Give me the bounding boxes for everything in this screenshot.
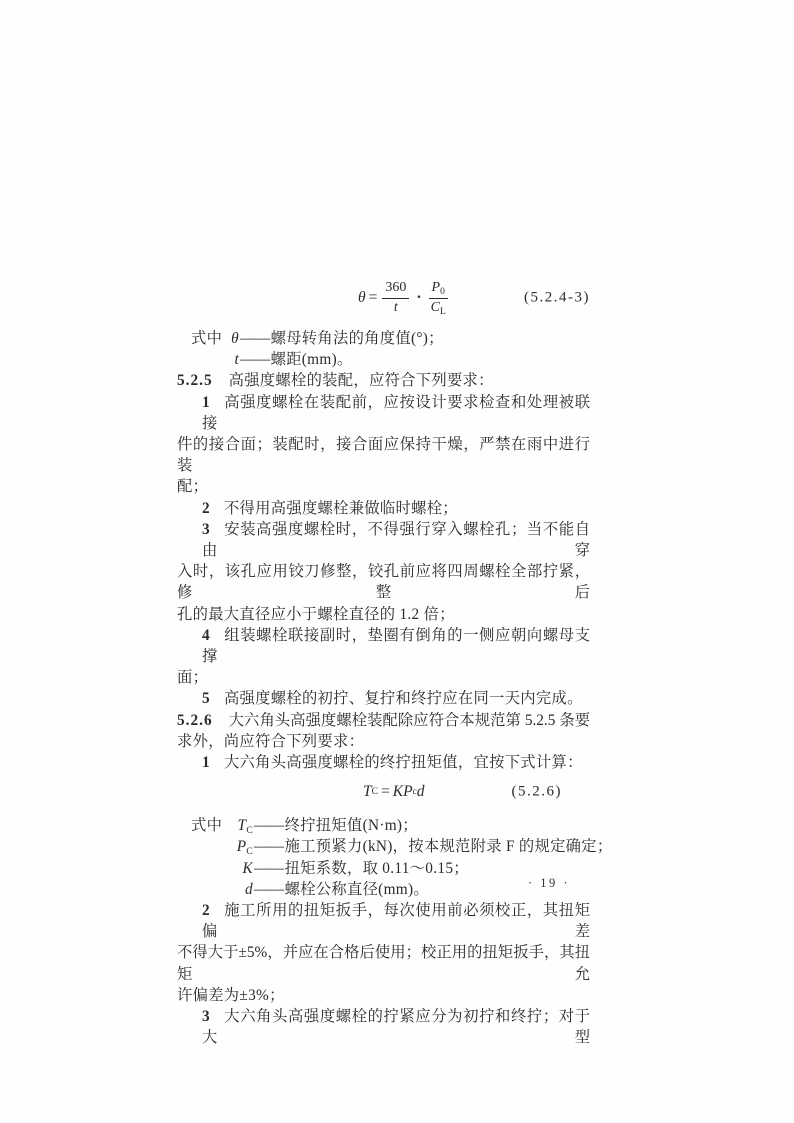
numerator: 360: [382, 280, 409, 298]
item-number: 5: [202, 690, 210, 707]
multiplication-dot: ·: [416, 289, 421, 307]
text-line: 2不得用高强度螺栓兼做临时螺栓；: [177, 498, 590, 519]
where-label: 式中: [191, 328, 225, 349]
dash: ——: [254, 815, 284, 836]
text-line: 3大六角头高强度螺栓的拧紧应分为初拧和终拧；对于大型: [177, 1006, 590, 1048]
text-line: 1大六角头高强度螺栓的终拧扭矩值，宜按下式计算：: [177, 752, 590, 773]
text-line: 不得大于±5%，并应在合格后使用；校正用的扭矩扳手，其扭矩允: [177, 942, 590, 984]
text-line: 许偏差为±3%；: [177, 985, 590, 1006]
text-line: 面；: [177, 667, 590, 688]
var-K: K: [393, 783, 403, 801]
var-d: d: [417, 783, 425, 801]
clause-number: 5.2.5: [177, 372, 213, 389]
text-line: 5.2.5高强度螺栓的装配，应符合下列要求：: [177, 370, 590, 391]
equation-body: θ=360t·P0CL: [358, 280, 450, 315]
variable-symbol: TC: [225, 815, 253, 836]
item-number: 1: [202, 394, 210, 411]
fraction-360-t: 360t: [382, 280, 409, 315]
var-T: T: [363, 783, 372, 801]
where-text: 螺距(mm)。: [271, 349, 353, 370]
text-line: 配；: [177, 476, 590, 497]
where-text: 螺母转角法的角度值(°)；: [271, 328, 444, 349]
var-P: P: [403, 783, 412, 801]
clause-number: 5.2.6: [177, 712, 213, 729]
item-number: 2: [202, 902, 210, 919]
dash: ——: [240, 349, 270, 370]
dash: ——: [240, 328, 270, 349]
text-line: 2施工所用的扭矩扳手，每次使用前必须校正，其扭矩偏差: [177, 900, 590, 942]
text-line: 式中TC——终拧扭矩值(N·m)；: [177, 815, 590, 836]
equals-sign: =: [369, 289, 378, 307]
content-lines: θ=360t·P0CL (5.2.4-3) 式中θ——螺母转角法的角度值(°)；…: [177, 276, 590, 1049]
numerator: P0: [429, 280, 448, 298]
text-line: 5高强度螺栓的初拧、复拧和终拧应在同一天内完成。: [177, 688, 590, 709]
text-line: 件的接合面；装配时，接合面应保持干燥，严禁在雨中进行装: [177, 434, 590, 476]
item-number: 4: [202, 627, 210, 644]
where-label: 式中: [191, 815, 225, 836]
where-text: 终拧扭矩值(N·m)；: [285, 815, 418, 836]
text-line: 4组装螺栓联接副时，垫圈有倒角的一侧应朝向螺母支撑: [177, 625, 590, 667]
text-line: PC——施工预紧力(kN)，按本规范附录 F 的规定确定；: [177, 836, 590, 857]
text-line: 求外，尚应符合下列要求：: [177, 731, 590, 752]
text-line: 入时，该孔应用铰刀修整，铰孔前应将四周螺栓全部拧紧，修整后: [177, 561, 590, 603]
dash: ——: [254, 858, 284, 879]
variable-symbol: θ: [225, 328, 239, 349]
dash: ——: [254, 836, 284, 857]
var-theta: θ: [358, 289, 366, 307]
item-number: 3: [202, 521, 210, 538]
page-number: · 19 ·: [528, 876, 570, 891]
equals-sign: =: [381, 783, 390, 801]
variable-symbol: t: [225, 349, 239, 370]
item-number: 3: [202, 1008, 210, 1025]
variable-symbol: d: [225, 879, 253, 900]
where-text: 螺栓公称直径(mm)。: [285, 879, 429, 900]
item-number: 2: [202, 500, 210, 517]
denominator: CL: [431, 299, 446, 316]
document-page: θ=360t·P0CL (5.2.4-3) 式中θ——螺母转角法的角度值(°)；…: [0, 0, 794, 1123]
variable-symbol: K: [225, 858, 253, 879]
text-line: 5.2.6大六角头高强度螺栓装配除应符合本规范第 5.2.5 条要: [177, 710, 590, 731]
page-body: θ=360t·P0CL (5.2.4-3) 式中θ——螺母转角法的角度值(°)；…: [177, 276, 590, 1049]
text-line: 式中θ——螺母转角法的角度值(°)；: [177, 328, 590, 349]
equation-body: TC=KPcd: [363, 783, 425, 801]
equation-5-2-6: TC=KPcd (5.2.6): [177, 779, 590, 805]
fraction-p0-cl: P0CL: [429, 280, 448, 315]
text-line: t——螺距(mm)。: [177, 349, 590, 370]
equation-number: (5.2.6): [512, 784, 563, 801]
denominator: t: [394, 299, 398, 316]
item-number: 1: [202, 754, 210, 771]
text-line: 3安装高强度螺栓时，不得强行穿入螺栓孔；当不能自由穿: [177, 519, 590, 561]
dash: ——: [254, 879, 284, 900]
where-text: 施工预紧力(kN)，按本规范附录 F 的规定确定；: [285, 836, 613, 857]
text-line: 1高强度螺栓在装配前，应按设计要求检查和处理被联接: [177, 392, 590, 434]
equation-number: (5.2.4-3): [524, 290, 590, 307]
variable-symbol: PC: [225, 836, 253, 857]
equation-5-2-4-3: θ=360t·P0CL (5.2.4-3): [177, 276, 590, 320]
text-line: 孔的最大直径应小于螺栓直径的 1.2 倍；: [177, 604, 590, 625]
where-text: 扭矩系数，取 0.11～0.15；: [285, 858, 469, 879]
